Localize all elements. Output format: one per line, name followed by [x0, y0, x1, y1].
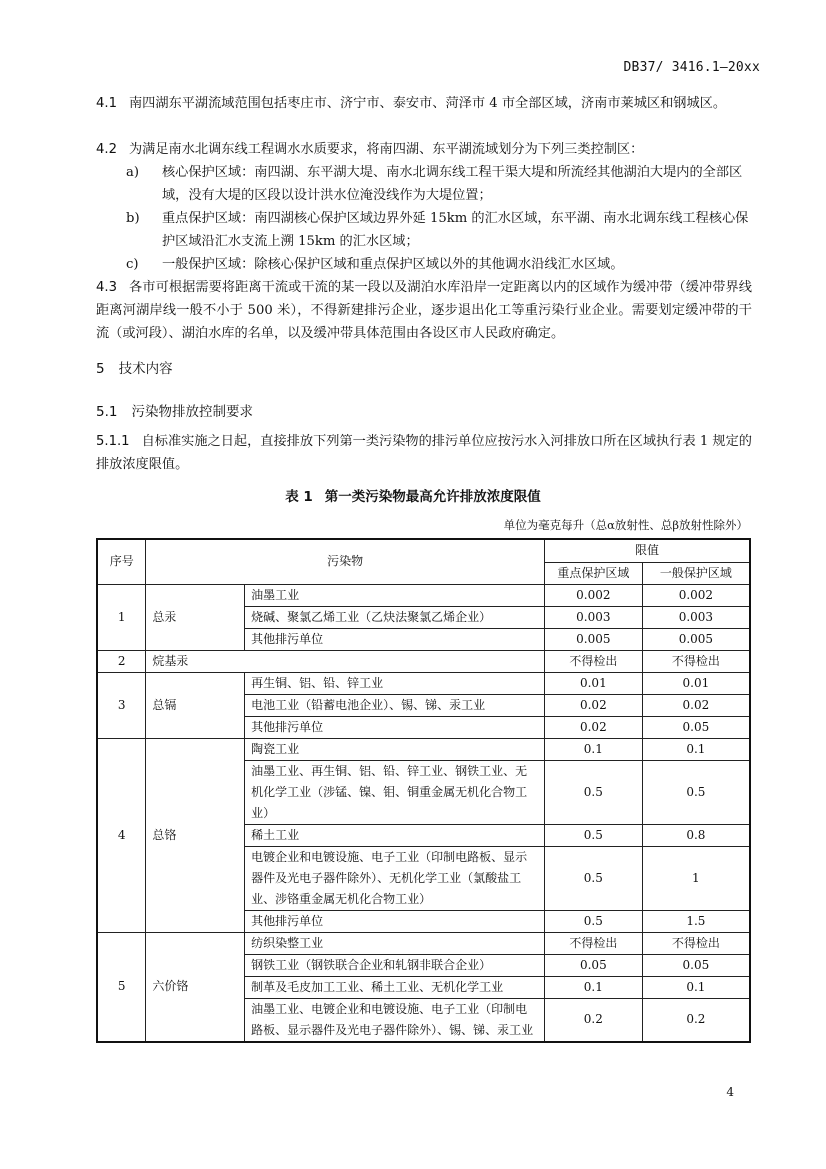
- clause-4-3: 4.3各市可根据需要将距离干流或干流的某一段以及湖泊水库沿岸一定距离以内的区域作…: [96, 276, 752, 345]
- key-zone-value: 0.05: [544, 954, 642, 976]
- general-zone-value: 0.003: [642, 606, 750, 628]
- industry-cell: 钢铁工业（钢铁联合企业和轧钢非联合企业）: [245, 954, 545, 976]
- header-seq: 序号: [97, 539, 146, 584]
- list-item-c: c) 一般保护区域：除核心保护区域和重点保护区域以外的其他调水沿线汇水区域。: [126, 253, 752, 276]
- industry-cell: 其他排污单位: [245, 910, 545, 932]
- general-zone-value: 0.8: [642, 824, 750, 846]
- clause-text: 各市可根据需要将距离干流或干流的某一段以及湖泊水库沿岸一定距离以内的区域作为缓冲…: [96, 280, 752, 341]
- list-text: 核心保护区域：南四湖、东平湖大堤、南水北调东线工程干渠大堤和所流经其他湖泊大堤内…: [162, 161, 752, 207]
- clause-5-1-1: 5.1.1自标准实施之日起，直接排放下列第一类污染物的排污单位应按污水入河排放口…: [96, 430, 752, 476]
- clause-4-1: 4.1南四湖东平湖流域范围包括枣庄市、济宁市、泰安市、菏泽市 4 市全部区域，济…: [96, 92, 752, 115]
- document-page: DB37/ 3416.1—20xx 4.1南四湖东平湖流域范围包括枣庄市、济宁市…: [0, 0, 826, 1169]
- pollutant-cell: 烷基汞: [146, 650, 545, 672]
- list-marker: b): [126, 207, 140, 230]
- clause-text: 自标准实施之日起，直接排放下列第一类污染物的排污单位应按污水入河排放口所在区域执…: [96, 434, 752, 472]
- general-zone-value: 0.05: [642, 954, 750, 976]
- general-zone-value: 1.5: [642, 910, 750, 932]
- unit-note: 单位为毫克每升（总α放射性、总β放射性除外）: [504, 517, 748, 533]
- general-zone-value: 0.05: [642, 716, 750, 738]
- pollutant-cell: 总镉: [146, 672, 245, 738]
- list-text: 重点保护区域：南四湖核心保护区域边界外延 15km 的汇水区域，东平湖、南水北调…: [162, 207, 752, 253]
- table-title: 表 1第一类污染物最高允许排放浓度限值: [0, 485, 826, 505]
- general-zone-value: 0.002: [642, 584, 750, 606]
- header-limit: 限值: [544, 539, 750, 562]
- industry-cell: 油墨工业、再生铜、铝、铅、锌工业、钢铁工业、无机化学工业（涉锰、镍、钼、铜重金属…: [245, 760, 545, 824]
- heading-number: 5.1: [96, 404, 117, 420]
- clause-number: 4.3: [96, 280, 117, 295]
- list-marker: a): [126, 161, 139, 184]
- key-zone-value: 0.002: [544, 584, 642, 606]
- industry-cell: 再生铜、铝、铅、锌工业: [245, 672, 545, 694]
- key-zone-value: 0.5: [544, 824, 642, 846]
- industry-cell: 电镀企业和电镀设施、电子工业（印制电路板、显示器件及光电子器件除外）、无机化学工…: [245, 846, 545, 910]
- clause-number: 4.2: [96, 142, 117, 157]
- emission-limits-table: 序号 污染物 限值 重点保护区域 一般保护区域 1 总汞 油墨工业 0.002 …: [96, 538, 751, 1043]
- section-heading-5: 5技术内容: [96, 357, 173, 377]
- clause-4-2: 4.2为满足南水北调东线工程调水水质要求，将南四湖、东平湖流域划分为下列三类控制…: [96, 138, 752, 161]
- key-zone-value: 0.005: [544, 628, 642, 650]
- standard-code: DB37/ 3416.1—20xx: [624, 60, 760, 75]
- seq-cell: 3: [97, 672, 146, 738]
- clause-number: 4.1: [96, 96, 117, 111]
- general-zone-value: 不得检出: [642, 650, 750, 672]
- industry-cell: 烧碱、聚氯乙烯工业（乙炔法聚氯乙烯企业）: [245, 606, 545, 628]
- table-title-text: 第一类污染物最高允许排放浓度限值: [325, 489, 541, 505]
- list-text: 一般保护区域：除核心保护区域和重点保护区域以外的其他调水沿线汇水区域。: [162, 253, 752, 276]
- general-zone-value: 不得检出: [642, 932, 750, 954]
- table-row: 3 总镉 再生铜、铝、铅、锌工业 0.01 0.01: [97, 672, 750, 694]
- key-zone-value: 0.5: [544, 846, 642, 910]
- key-zone-value: 0.02: [544, 694, 642, 716]
- industry-cell: 其他排污单位: [245, 716, 545, 738]
- clause-number: 5.1.1: [96, 434, 130, 449]
- table-row: 5 六价铬 纺织染整工业 不得检出 不得检出: [97, 932, 750, 954]
- key-zone-value: 不得检出: [544, 650, 642, 672]
- general-zone-value: 0.2: [642, 998, 750, 1042]
- key-zone-value: 0.5: [544, 760, 642, 824]
- general-zone-value: 1: [642, 846, 750, 910]
- pollutant-cell: 六价铬: [146, 932, 245, 1042]
- key-zone-value: 0.02: [544, 716, 642, 738]
- key-zone-value: 不得检出: [544, 932, 642, 954]
- industry-cell: 纺织染整工业: [245, 932, 545, 954]
- section-heading-5-1: 5.1污染物排放控制要求: [96, 400, 253, 420]
- key-zone-value: 0.003: [544, 606, 642, 628]
- industry-cell: 油墨工业、电镀企业和电镀设施、电子工业（印制电路板、显示器件及光电子器件除外）、…: [245, 998, 545, 1042]
- seq-cell: 1: [97, 584, 146, 650]
- clause-text: 为满足南水北调东线工程调水水质要求，将南四湖、东平湖流域划分为下列三类控制区：: [129, 142, 643, 157]
- seq-cell: 5: [97, 932, 146, 1042]
- header-general-zone: 一般保护区域: [642, 562, 750, 584]
- pollutant-cell: 总汞: [146, 584, 245, 650]
- heading-text: 技术内容: [119, 361, 173, 377]
- table-number: 表 1: [285, 489, 313, 505]
- table-row: 2 烷基汞 不得检出 不得检出: [97, 650, 750, 672]
- industry-cell: 电池工业（铅蓄电池企业）、锡、锑、汞工业: [245, 694, 545, 716]
- industry-cell: 制革及毛皮加工工业、稀土工业、无机化学工业: [245, 976, 545, 998]
- industry-cell: 油墨工业: [245, 584, 545, 606]
- key-zone-value: 0.5: [544, 910, 642, 932]
- list-marker: c): [126, 253, 139, 276]
- header-pollutant: 污染物: [146, 539, 545, 584]
- key-zone-value: 0.1: [544, 738, 642, 760]
- general-zone-value: 0.1: [642, 738, 750, 760]
- table-row: 1 总汞 油墨工业 0.002 0.002: [97, 584, 750, 606]
- header-key-zone: 重点保护区域: [544, 562, 642, 584]
- general-zone-value: 0.1: [642, 976, 750, 998]
- industry-cell: 稀土工业: [245, 824, 545, 846]
- page-number: 4: [726, 1085, 734, 1099]
- industry-cell: 其他排污单位: [245, 628, 545, 650]
- general-zone-value: 0.01: [642, 672, 750, 694]
- heading-number: 5: [96, 361, 105, 377]
- key-zone-value: 0.1: [544, 976, 642, 998]
- industry-cell: 陶瓷工业: [245, 738, 545, 760]
- list-item-b: b) 重点保护区域：南四湖核心保护区域边界外延 15km 的汇水区域，东平湖、南…: [126, 207, 752, 253]
- general-zone-value: 0.02: [642, 694, 750, 716]
- pollutant-cell: 总铬: [146, 738, 245, 932]
- list-item-a: a) 核心保护区域：南四湖、东平湖大堤、南水北调东线工程干渠大堤和所流经其他湖泊…: [126, 161, 752, 207]
- key-zone-value: 0.2: [544, 998, 642, 1042]
- general-zone-value: 0.5: [642, 760, 750, 824]
- table-row: 4 总铬 陶瓷工业 0.1 0.1: [97, 738, 750, 760]
- seq-cell: 2: [97, 650, 146, 672]
- heading-text: 污染物排放控制要求: [131, 404, 253, 420]
- clause-text: 南四湖东平湖流域范围包括枣庄市、济宁市、泰安市、菏泽市 4 市全部区域，济南市莱…: [129, 96, 726, 111]
- general-zone-value: 0.005: [642, 628, 750, 650]
- key-zone-value: 0.01: [544, 672, 642, 694]
- seq-cell: 4: [97, 738, 146, 932]
